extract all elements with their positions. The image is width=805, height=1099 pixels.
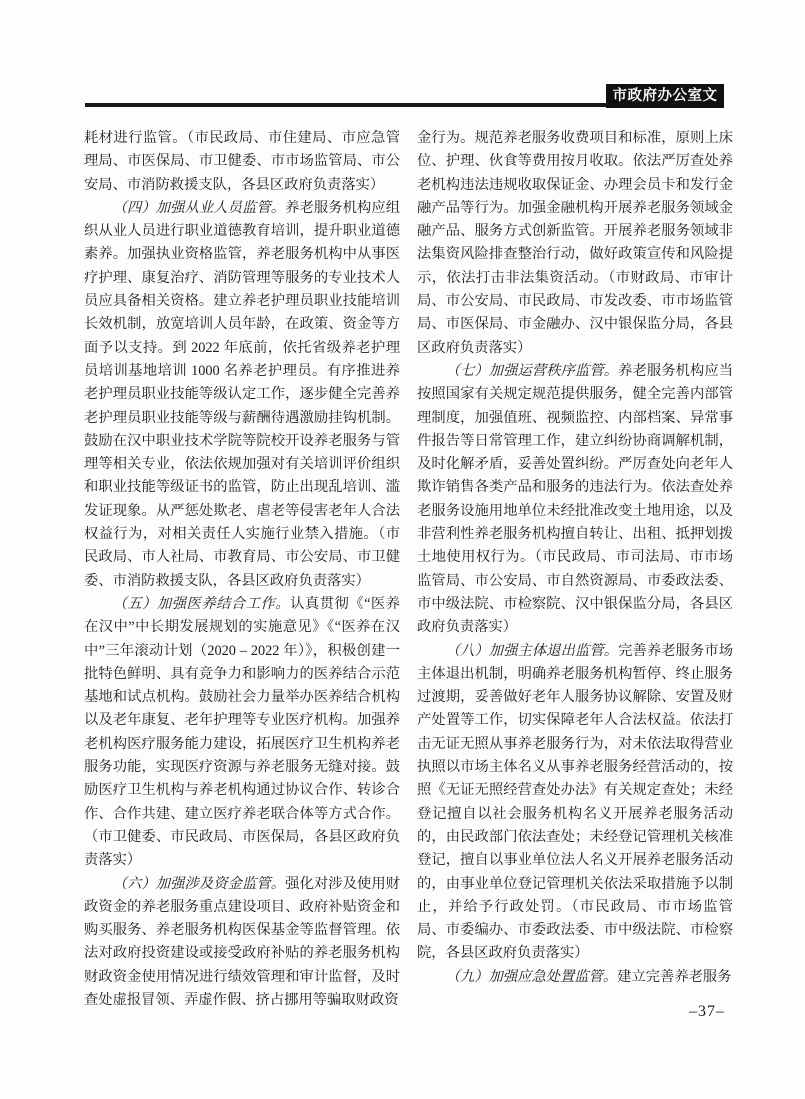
paragraph-item-8-body: 完善养老服务市场主体退出机制，明确养老服务机构暂停、终止服务过渡期，妥善做好老年…	[417, 643, 733, 962]
paragraph-item-7-body: 养老服务机构应当按照国家有关规定规范提供服务，健全完善内部管理制度，加强值班、视…	[417, 363, 733, 635]
paragraph-item-5-body: 认真贯彻《“医养在汉中”中长期发展规划的实施意见》《“医养在汉中”三年滚动计划（…	[84, 596, 400, 868]
header-document-tag: 市政府办公室文件	[606, 84, 724, 108]
paragraph-item-7-heading: （七）加强运营秩序监管。	[446, 363, 619, 379]
document-page: 市政府办公室文件 耗材进行监管。（市民政局、市住建局、市应急管理局、市医保局、市…	[0, 0, 805, 1099]
paragraph-item-9-body: 建立完善养老服务	[617, 969, 731, 985]
page-number: –37–	[600, 1003, 725, 1021]
text-column-left: 耗材进行监管。（市民政局、市住建局、市应急管理局、市医保局、市卫健委、市市场监管…	[84, 127, 400, 1012]
paragraph-item-4: （四）加强从业人员监管。养老服务机构应组织从业人员进行职业道德教育培训，提升职业…	[84, 197, 400, 593]
paragraph-item-6: （六）加强涉及资金监管。强化对涉及使用财政资金的养老服务重点建设项目、政府补贴资…	[84, 873, 400, 1013]
paragraph-continuation-supervision: 耗材进行监管。（市民政局、市住建局、市应急管理局、市医保局、市卫健委、市市场监管…	[84, 127, 400, 197]
paragraph-item-5-heading: （五）加强医养结合工作。	[113, 596, 291, 612]
paragraph-continuation-funds: 金行为。规范养老服务收费项目和标准，原则上床位、护理、伙食等费用按月收取。依法严…	[417, 127, 733, 360]
paragraph-item-5: （五）加强医养结合工作。认真贯彻《“医养在汉中”中长期发展规划的实施意见》《“医…	[84, 593, 400, 873]
paragraph-item-6-body: 强化对涉及使用财政资金的养老服务重点建设项目、政府补贴资金和购买服务、养老服务机…	[84, 876, 400, 1008]
paragraph-item-8: （八）加强主体退出监管。完善养老服务市场主体退出机制，明确养老服务机构暂停、终止…	[417, 640, 733, 966]
paragraph-item-6-heading: （六）加强涉及资金监管。	[113, 876, 286, 892]
paragraph-item-8-heading: （八）加强主体退出监管。	[446, 643, 619, 659]
paragraph-item-4-body: 养老服务机构应组织从业人员进行职业道德教育培训，提升职业道德素养。加强执业资格监…	[84, 200, 400, 589]
paragraph-item-7: （七）加强运营秩序监管。养老服务机构应当按照国家有关规定规范提供服务，健全完善内…	[417, 360, 733, 640]
text-column-right: 金行为。规范养老服务收费项目和标准，原则上床位、护理、伙食等费用按月收取。依法严…	[417, 127, 733, 989]
paragraph-item-9: （九）加强应急处置监管。建立完善养老服务	[417, 966, 733, 989]
paragraph-item-4-heading: （四）加强从业人员监管。	[113, 200, 286, 216]
paragraph-item-9-heading: （九）加强应急处置监管。	[446, 969, 618, 985]
